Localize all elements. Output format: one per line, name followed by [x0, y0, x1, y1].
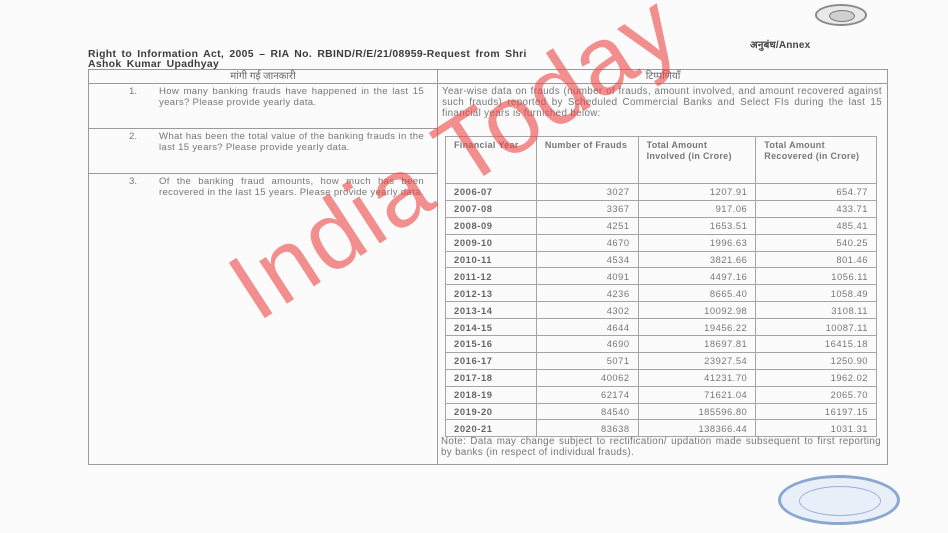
- table-row: 2017-184006241231.701962.02: [446, 369, 877, 386]
- number-of-frauds-cell: 40062: [536, 369, 638, 386]
- amount-involved-cell: 1207.91: [638, 184, 756, 201]
- table-row: 2016-17507123927.541250.90: [446, 352, 877, 369]
- amount-involved-cell: 19456.22: [638, 319, 756, 336]
- table-row: 2007-083367917.06433.71: [446, 200, 877, 217]
- table-row: 2014-15464419456.2210087.11: [446, 319, 877, 336]
- financial-year-cell: 2013-14: [446, 302, 537, 319]
- financial-year-cell: 2017-18: [446, 369, 537, 386]
- question-number: 3.: [129, 176, 137, 187]
- table-row: 2019-2084540185596.8016197.15: [446, 403, 877, 420]
- question-text: Of the banking fraud amounts, how much h…: [159, 176, 424, 198]
- document-title: Right to Information Act, 2005 – RIA No.…: [88, 50, 888, 70]
- question-text: What has been the total value of the ban…: [159, 131, 424, 153]
- question-text: How many banking frauds have happened in…: [159, 86, 424, 108]
- financial-year-cell: 2008-09: [446, 217, 537, 234]
- information-sought-heading: मांगी गई जानकारी: [89, 70, 437, 84]
- financial-year-cell: 2019-20: [446, 403, 537, 420]
- amount-recovered-cell: 10087.11: [756, 319, 877, 336]
- number-of-frauds-cell: 84540: [536, 403, 638, 420]
- rbi-emblem-icon: [815, 4, 867, 26]
- header-amount-recovered: Total Amount Recovered (in Crore): [756, 137, 877, 184]
- number-of-frauds-cell: 83638: [536, 420, 638, 437]
- fraud-data-table: Financial Year Number of Frauds Total Am…: [445, 136, 877, 437]
- number-of-frauds-cell: 3367: [536, 200, 638, 217]
- amount-recovered-cell: 3108.11: [756, 302, 877, 319]
- financial-year-cell: 2009-10: [446, 234, 537, 251]
- amount-recovered-cell: 801.46: [756, 251, 877, 268]
- number-of-frauds-cell: 4534: [536, 251, 638, 268]
- amount-recovered-cell: 654.77: [756, 184, 877, 201]
- table-row: 2006-0730271207.91654.77: [446, 184, 877, 201]
- amount-recovered-cell: 1058.49: [756, 285, 877, 302]
- table-row: 2010-1145343821.66801.46: [446, 251, 877, 268]
- amount-involved-cell: 23927.54: [638, 352, 756, 369]
- financial-year-cell: 2016-17: [446, 352, 537, 369]
- rti-reply-document: अनुबंध/Annex Right to Information Act, 2…: [0, 0, 948, 533]
- amount-involved-cell: 18697.81: [638, 336, 756, 353]
- amount-recovered-cell: 16415.18: [756, 336, 877, 353]
- amount-recovered-cell: 1250.90: [756, 352, 877, 369]
- amount-involved-cell: 3821.66: [638, 251, 756, 268]
- table-row: 2009-1046701996.63540.25: [446, 234, 877, 251]
- amount-recovered-cell: 540.25: [756, 234, 877, 251]
- amount-recovered-cell: 2065.70: [756, 386, 877, 403]
- amount-involved-cell: 10092.98: [638, 302, 756, 319]
- amount-involved-cell: 41231.70: [638, 369, 756, 386]
- number-of-frauds-cell: 3027: [536, 184, 638, 201]
- header-amount-involved: Total Amount Involved (in Crore): [638, 137, 756, 184]
- remarks-heading: टिप्पणियाँ: [438, 70, 888, 84]
- question-3: 3. Of the banking fraud amounts, how muc…: [89, 174, 437, 220]
- amount-involved-cell: 4497.16: [638, 268, 756, 285]
- financial-year-cell: 2018-19: [446, 386, 537, 403]
- number-of-frauds-cell: 4236: [536, 285, 638, 302]
- table-header-row: Financial Year Number of Frauds Total Am…: [446, 137, 877, 184]
- financial-year-cell: 2012-13: [446, 285, 537, 302]
- financial-year-cell: 2006-07: [446, 184, 537, 201]
- table-row: 2011-1240914497.161056.11: [446, 268, 877, 285]
- number-of-frauds-cell: 62174: [536, 386, 638, 403]
- table-row: 2018-196217471621.042065.70: [446, 386, 877, 403]
- number-of-frauds-cell: 4251: [536, 217, 638, 234]
- amount-involved-cell: 1996.63: [638, 234, 756, 251]
- annex-label: अनुबंध/Annex: [750, 37, 810, 51]
- data-note: Note: Data may change subject to rectifi…: [441, 437, 881, 458]
- column-divider: [437, 70, 438, 464]
- amount-involved-cell: 138366.44: [638, 420, 756, 437]
- amount-recovered-cell: 1962.02: [756, 369, 877, 386]
- number-of-frauds-cell: 4670: [536, 234, 638, 251]
- amount-involved-cell: 71621.04: [638, 386, 756, 403]
- amount-involved-cell: 8665.40: [638, 285, 756, 302]
- question-1: 1. How many banking frauds have happened…: [89, 84, 437, 129]
- question-2: 2. What has been the total value of the …: [89, 129, 437, 174]
- number-of-frauds-cell: 4690: [536, 336, 638, 353]
- number-of-frauds-cell: 4644: [536, 319, 638, 336]
- header-financial-year: Financial Year: [446, 137, 537, 184]
- number-of-frauds-cell: 5071: [536, 352, 638, 369]
- financial-year-cell: 2011-12: [446, 268, 537, 285]
- table-row: 2013-14430210092.983108.11: [446, 302, 877, 319]
- amount-recovered-cell: 1056.11: [756, 268, 877, 285]
- financial-year-cell: 2014-15: [446, 319, 537, 336]
- question-number: 2.: [129, 131, 137, 142]
- number-of-frauds-cell: 4302: [536, 302, 638, 319]
- amount-recovered-cell: 1031.31: [756, 420, 877, 437]
- header-number-of-frauds: Number of Frauds: [536, 137, 638, 184]
- reply-intro: Year-wise data on frauds (number of frau…: [442, 86, 882, 119]
- amount-recovered-cell: 485.41: [756, 217, 877, 234]
- question-number: 1.: [129, 86, 137, 97]
- table-row: 2012-1342368665.401058.49: [446, 285, 877, 302]
- amount-recovered-cell: 16197.15: [756, 403, 877, 420]
- table-row: 2020-2183638138366.441031.31: [446, 420, 877, 437]
- financial-year-cell: 2007-08: [446, 200, 537, 217]
- official-seal-stamp-icon: [778, 475, 900, 525]
- amount-involved-cell: 185596.80: [638, 403, 756, 420]
- amount-involved-cell: 1653.51: [638, 217, 756, 234]
- financial-year-cell: 2010-11: [446, 251, 537, 268]
- table-row: 2015-16469018697.8116415.18: [446, 336, 877, 353]
- number-of-frauds-cell: 4091: [536, 268, 638, 285]
- financial-year-cell: 2020-21: [446, 420, 537, 437]
- amount-involved-cell: 917.06: [638, 200, 756, 217]
- financial-year-cell: 2015-16: [446, 336, 537, 353]
- amount-recovered-cell: 433.71: [756, 200, 877, 217]
- table-row: 2008-0942511653.51485.41: [446, 217, 877, 234]
